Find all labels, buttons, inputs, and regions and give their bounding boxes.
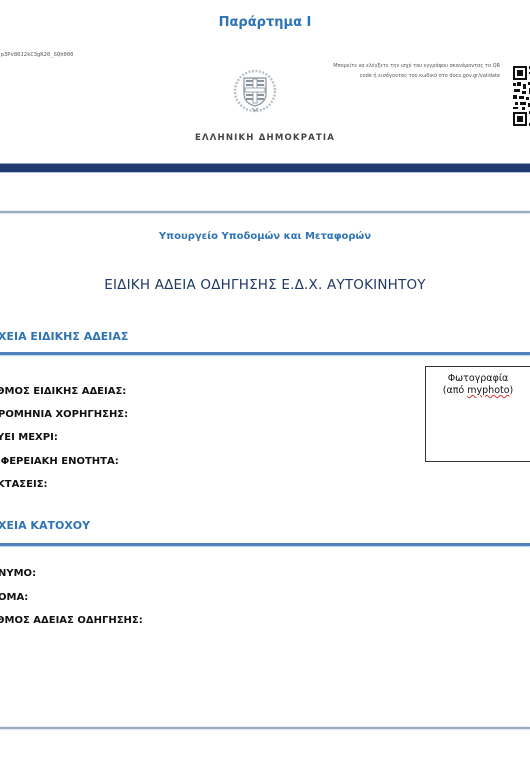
top-rule <box>0 211 530 213</box>
header-divider-band <box>0 163 530 173</box>
greek-coat-of-arms-icon <box>232 68 278 114</box>
section-rule <box>0 543 530 546</box>
field-driving-license-number: ΘΜΟΣ ΑΔΕΙΑΣ ΟΔΗΓΗΣΗΣ: <box>0 615 143 626</box>
ministry-name: Υπουργείο Υποδομών και Μεταφορών <box>0 231 530 242</box>
field-surname: ΝΥΜΟ: <box>0 568 36 579</box>
field-regional-unit: ΙΦΕΡΕΙΑΚΗ ΕΝΟΤΗΤΑ: <box>0 456 119 467</box>
field-valid-until: ΥΕΙ ΜΕΧΡΙ: <box>0 432 58 443</box>
section-heading-license-details: ΧΕΙΑ ΕΙΔΙΚΗΣ ΑΔΕΙΑΣ <box>0 330 128 343</box>
photo-label-source: (από myphoto) <box>426 385 530 397</box>
validation-instructions: Μπορείτε να ελέγξετε την ισχύ του εγγράφ… <box>330 61 500 81</box>
photo-label-title: Φωτογραφία <box>426 373 530 385</box>
qr-code-icon[interactable] <box>512 62 530 130</box>
annex-title: Παράρτημα Ι <box>0 15 530 30</box>
field-license-number: ΘΜΟΣ ΕΙΔΙΚΗΣ ΑΔΕΙΑΣ: <box>0 386 126 397</box>
document-title: ΕΙΔΙΚΗ ΑΔΕΙΑ ΟΔΗΓΗΣΗΣ Ε.Δ.Χ. ΑΥΤΟΚΙΝΗΤΟΥ <box>0 277 530 293</box>
field-extensions: ΚΤΑΣΕΙΣ: <box>0 479 48 490</box>
field-issue-date: ΡΟΜΗΝΙΑ ΧΟΡΗΓΗΣΗΣ: <box>0 409 128 420</box>
section-rule <box>0 352 530 355</box>
photo-placeholder: Φωτογραφία (από myphoto) <box>425 366 530 462</box>
bottom-rule <box>0 727 530 729</box>
document-code: = p3Pv80J2kC3gK20_SQh000 <box>0 52 73 58</box>
country-name: ΕΛΛΗΝΙΚΗ ΔΗΜΟΚΡΑΤΙΑ <box>0 133 530 143</box>
photo-source-name: myphoto <box>467 385 509 396</box>
field-name: ΟΜΑ: <box>0 592 28 603</box>
section-heading-holder-details: ΧΕΙΑ ΚΑΤΟΧΟΥ <box>0 519 90 532</box>
